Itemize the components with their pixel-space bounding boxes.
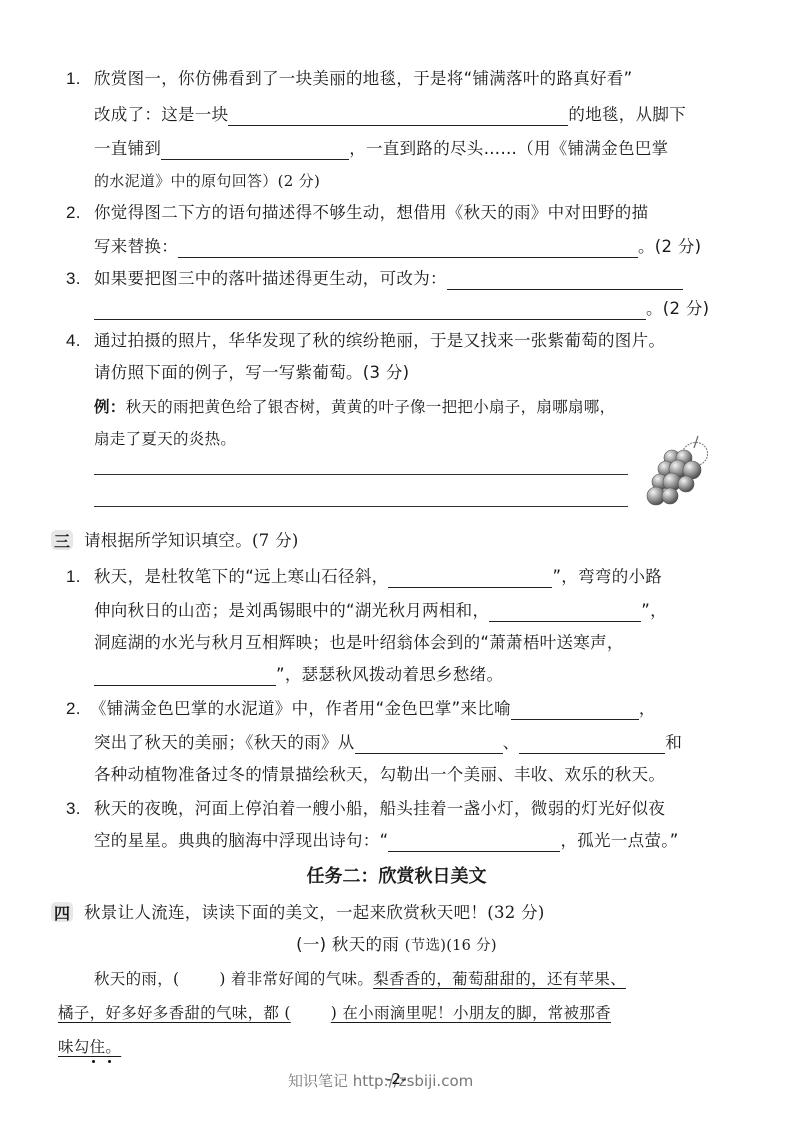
q1-number: 1. [66, 68, 81, 90]
s3-q1-line2-b: ”， [641, 601, 667, 620]
s3-q1-blank-1[interactable] [388, 569, 552, 588]
watermark: 知识笔记 http://zsbiji.com [288, 1070, 473, 1091]
grape-icon [638, 434, 718, 514]
grape-illustration [638, 434, 718, 514]
s3-q2-line2-c: 和 [665, 733, 682, 752]
q4-answer-line-2[interactable] [94, 506, 628, 507]
q1-line3: 一直铺到，一直到路的尽头……（用《铺满金色巴掌 [94, 138, 668, 160]
q4-line1: 通过拍摄的照片，华华发现了秋的缤纷艳丽，于是又找来一张紫葡萄的图片。 [94, 330, 665, 352]
section-3-score: (7 分) [252, 531, 299, 550]
s3-q1-blank-2[interactable] [489, 603, 641, 622]
s3-q1-line4-b: ”，瑟瑟秋风拨动着思乡愁绪。 [276, 665, 503, 684]
q1-blank-1[interactable] [228, 107, 568, 126]
q1-line1: 欣赏图一，你仿佛看到了一块美丽的地毯，于是将“铺满落叶的路真好看” [94, 68, 633, 90]
s3-q2-line2: 突出了秋天的美丽；《秋天的雨》从、和 [94, 732, 682, 754]
passage-1-title: (一) 秋天的雨 [296, 935, 399, 954]
s3-q1-line1-a: 秋天，是杜牧笔下的“远上寒山石径斜， [94, 567, 388, 586]
q3-blank-2[interactable] [94, 301, 646, 320]
s3-q1-line4: ”，瑟瑟秋风拨动着思乡愁绪。 [94, 664, 503, 686]
emphasis-dot-1 [92, 1060, 95, 1063]
q2-number: 2. [66, 202, 81, 224]
passage-line2: 橘子，好多好多香甜的气味，都 () 在小雨滴里呢！小朋友的脚，常被那香 [58, 1002, 611, 1024]
q4-example-line2: 扇走了夏天的炎热。 [94, 428, 236, 450]
passage-line2-b: ) 在小雨滴里呢！小朋友的脚，常被那香 [331, 1004, 611, 1022]
s3-q3-blank[interactable] [388, 833, 560, 852]
section-3-badge: 三 [51, 530, 73, 550]
s3-q3-line2: 空的星星。典典的脑海中浮现出诗句：“，孤光一点萤。” [94, 830, 679, 852]
s3-q1-line1-b: ”，弯弯的小路 [552, 567, 662, 586]
q1-line3-b: ，一直到路的尽头……（用《铺满金色巴掌 [349, 139, 668, 158]
passage-1-heading: (一) 秋天的雨 (节选)(16 分) [0, 934, 793, 957]
q4-line2: 请仿照下面的例子，写一写紫葡萄。(3 分) [94, 362, 409, 384]
s3-q2-line1-a: 《铺满金色巴掌的水泥道》中，作者用“金色巴掌”来比喻 [90, 699, 511, 718]
q1-line2-a: 改成了：这是一块 [94, 105, 228, 124]
passage-line3: 味勾住。 [58, 1036, 121, 1058]
passage-line1: 秋天的雨，() 着非常好闻的气味。梨香香的，葡萄甜甜的，还有苹果、 [94, 968, 626, 990]
s3-q1-line2-a: 伸向秋日的山峦；是刘禹锡眼中的“湖光秋月两相和， [94, 601, 489, 620]
section-4-badge: 四 [51, 902, 73, 922]
q2-line1: 你觉得图二下方的语句描述得不够生动，想借用《秋天的雨》中对田野的描 [94, 202, 648, 224]
q3-number: 3. [66, 268, 81, 290]
q1-line4: 的水泥道》中的原句回答）(2 分) [94, 170, 320, 192]
q4-example-label: 例： [94, 397, 126, 416]
q1-blank-2[interactable] [161, 141, 349, 160]
s3-q3-line2-a: 空的星星。典典的脑海中浮现出诗句：“ [94, 831, 388, 850]
s3-q3-line2-b: ，孤光一点萤。” [560, 831, 678, 850]
s3-q2-blank-1[interactable] [511, 701, 639, 720]
page-number: -2- [386, 1070, 406, 1088]
passage-1-score: (16 分) [446, 938, 497, 954]
s3-q2-blank-2[interactable] [355, 735, 503, 754]
q3-line2-b: 。(2 分) [646, 299, 709, 318]
q3-line1: 如果要把图三中的落叶描述得更生动，可改为： [94, 268, 683, 290]
s3-q2-line1-b: ， [639, 699, 656, 718]
s3-q3-line1: 秋天的夜晚，河面上停泊着一艘小船，船头挂着一盏小灯，微弱的灯光好似夜 [94, 798, 665, 820]
q4-number: 4. [66, 330, 81, 352]
q1-line3-a: 一直铺到 [94, 139, 161, 158]
s3-q1-number: 1. [66, 566, 81, 588]
passage-line1-b: ) 着非常好闻的气味。 [219, 970, 373, 988]
section-4-heading: 秋景让人流连，读读下面的美文，一起来欣赏秋天吧！(32 分) [84, 902, 545, 924]
s3-q2-number: 2. [66, 698, 81, 720]
s3-q1-line1: 秋天，是杜牧笔下的“远上寒山石径斜，”，弯弯的小路 [94, 566, 662, 588]
q2-blank[interactable] [178, 239, 638, 258]
s3-q2-line2-a: 突出了秋天的美丽；《秋天的雨》从 [94, 733, 355, 752]
s3-q3-number: 3. [66, 798, 81, 820]
passage-line1-underlined: 梨香香的，葡萄甜甜的，还有苹果、 [373, 970, 626, 988]
section-4-score: (32 分) [487, 903, 544, 922]
q3-line1-text: 如果要把图三中的落叶描述得更生动，可改为： [94, 269, 447, 288]
section-4-title: 秋景让人流连，读读下面的美文，一起来欣赏秋天吧！ [84, 903, 487, 922]
q4-answer-line-1[interactable] [94, 474, 628, 475]
section-3-heading: 请根据所学知识填空。(7 分) [84, 530, 299, 552]
s3-q2-line2-b: 、 [503, 733, 520, 752]
s3-q1-blank-3[interactable] [94, 667, 276, 686]
passage-1-note: (节选) [405, 938, 447, 954]
task-2-title: 任务二：欣赏秋日美文 [0, 862, 793, 888]
passage-line2-a: 橘子，好多好多香甜的气味，都 ( [58, 1004, 291, 1022]
s3-q2-blank-3[interactable] [519, 735, 665, 754]
q2-line2: 写来替换：。(2 分) [94, 236, 701, 258]
section-3-title: 请根据所学知识填空。 [84, 531, 252, 550]
q2-line2-a: 写来替换： [94, 237, 178, 256]
q2-line2-b: 。(2 分) [638, 237, 701, 256]
q3-blank-1[interactable] [447, 271, 683, 290]
s3-q2-line3: 各种动植物准备过冬的情景描绘秋天，勾勒出一个美丽、丰收、欢乐的秋天。 [94, 764, 665, 786]
s3-q1-line3: 洞庭湖的水光与秋月互相辉映；也是叶绍翁体会到的“萧萧梧叶送寒声， [94, 632, 624, 654]
emphasis-dot-2 [108, 1060, 111, 1063]
q3-line2: 。(2 分) [94, 298, 709, 320]
q4-example-text1: 秋天的雨把黄色给了银杏树，黄黄的叶子像一把把小扇子，扇哪扇哪， [126, 398, 616, 416]
passage-line1-a: 秋天的雨，( [94, 970, 179, 988]
s3-q1-line2: 伸向秋日的山峦；是刘禹锡眼中的“湖光秋月两相和，”， [94, 600, 667, 622]
q1-line2: 改成了：这是一块的地毯，从脚下 [94, 104, 686, 126]
s3-q2-line1: 《铺满金色巴掌的水泥道》中，作者用“金色巴掌”来比喻， [90, 698, 656, 720]
q4-example-line1: 例：秋天的雨把黄色给了银杏树，黄黄的叶子像一把把小扇子，扇哪扇哪， [94, 396, 615, 418]
q1-line2-b: 的地毯，从脚下 [568, 105, 686, 124]
